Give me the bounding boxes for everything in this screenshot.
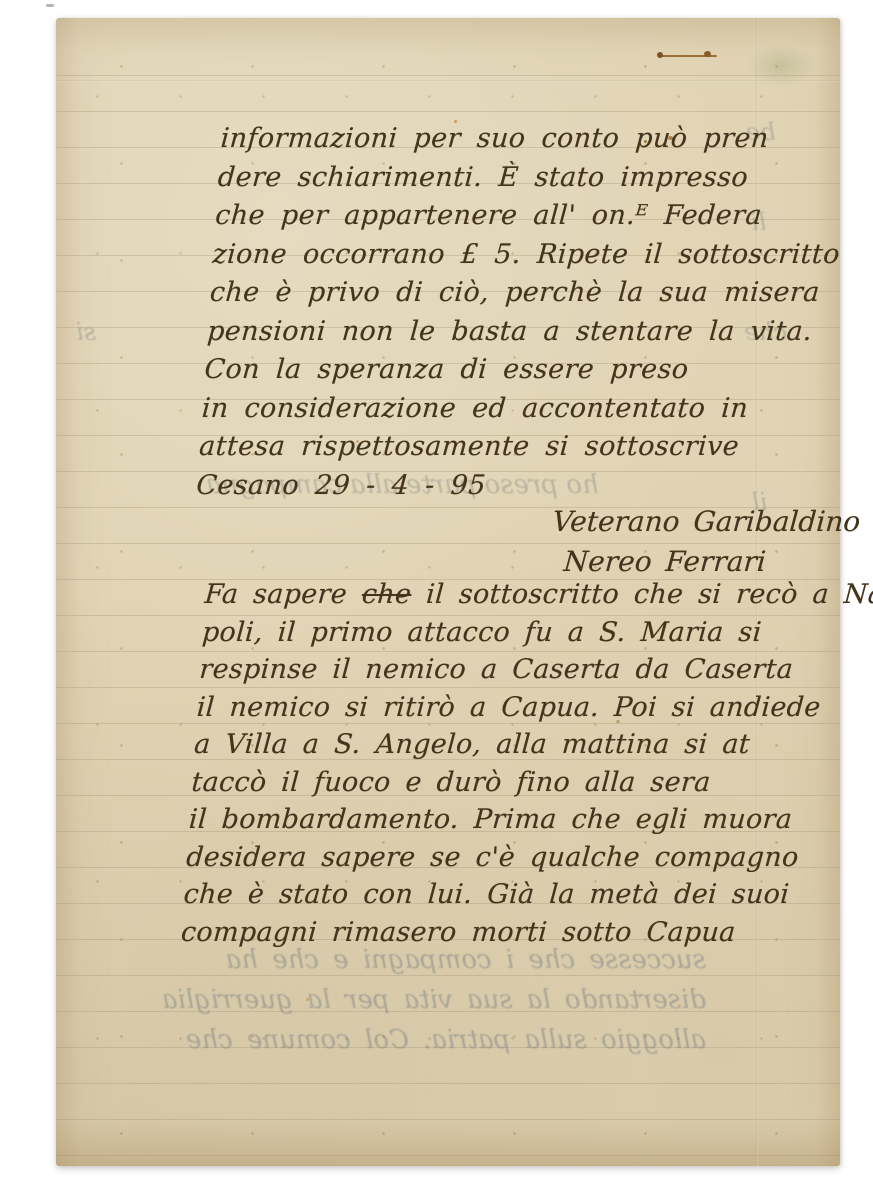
line-segment: che è stato con lui. Già la metà dei suo… <box>183 879 791 910</box>
bleedthrough-fragment: si <box>76 318 96 346</box>
letter-line: Fa sapere che il sottoscritto che si rec… <box>203 576 826 614</box>
line-segment: Cesano 29 - 4 - 95 <box>195 470 487 501</box>
letter-line: taccò il fuoco e durò fino alla sera <box>190 764 813 802</box>
letter-line: informazioni per suo conto può pren <box>219 120 822 159</box>
line-segment: zione occorrano £ 5. Ripete il sottoscri… <box>212 239 841 270</box>
line-segment: il sottoscritto che si recò a Na <box>410 579 873 610</box>
scan-artifact-speck <box>46 4 54 7</box>
line-segment: informazioni per suo conto può pren <box>220 123 770 154</box>
foxing-speck <box>306 998 309 1001</box>
letter-line: che per appartenere all' on.ᴱ Federa <box>214 197 817 236</box>
letter-line: desidera sapere se c'è qualche compagno <box>185 839 808 877</box>
letter-line: zione occorrano £ 5. Ripete il sottoscri… <box>211 236 814 275</box>
line-segment: respinse il nemico a Caserta da Caserta <box>198 654 794 685</box>
struck-word: che <box>361 579 413 610</box>
letter-line: in considerazione ed accontentato in <box>200 390 803 429</box>
line-segment: Fa sapere <box>204 579 363 610</box>
letter-line: disertando la sua vita per la guerriglia <box>166 980 706 1020</box>
discoloration-blotch <box>746 44 816 88</box>
scan-background: successe che i compagni e che hadisertan… <box>0 0 873 1200</box>
line-segment: dere schiarimenti. È stato impresso <box>217 162 749 193</box>
verso-bleedthrough-text: successe che i compagni e che hadisertan… <box>166 940 706 1060</box>
line-segment: a Villa a S. Angelo, alla mattina si at <box>193 729 751 760</box>
line-segment: il nemico si ritirò a Capua. Poi si andi… <box>196 692 822 723</box>
letter-line: respinse il nemico a Caserta da Caserta <box>198 651 821 689</box>
rust-stain-dot <box>704 51 711 57</box>
signature-block: Veterano Garibaldino Nereo Ferrari <box>548 502 861 582</box>
letter-line: attesa rispettosamente si sottoscrive <box>198 428 801 467</box>
signature-title: Veterano Garibaldino <box>551 502 861 542</box>
line-segment: attesa rispettosamente si sottoscrive <box>198 431 740 462</box>
paragraph-1: informazioni per suo conto può prendere … <box>195 120 822 505</box>
rust-stain-dot <box>657 52 663 58</box>
line-segment: che per appartenere all' on.ᴱ Federa <box>214 200 763 231</box>
letter-line: che è stato con lui. Già la metà dei suo… <box>182 876 805 914</box>
line-segment: il bombardamento. Prima che egli muora <box>188 804 793 835</box>
letter-line: dere schiarimenti. È stato impresso <box>217 159 820 198</box>
line-segment: disertando la sua vita per la guerriglia <box>162 985 706 1015</box>
line-segment: taccò il fuoco e durò fino alla sera <box>191 767 712 798</box>
line-segment: alloggio sulla patria. Col comune che <box>186 1025 706 1055</box>
line-segment: poli, il primo attacco fu a S. Maria si <box>201 617 763 648</box>
letter-line: Cesano 29 - 4 - 95 <box>195 467 798 506</box>
line-segment: che è privo di ciò, perchè la sua misera <box>209 277 821 308</box>
letter-line: Con la speranza di essere preso <box>203 351 806 390</box>
line-segment: desidera sapere se c'è qualche compagno <box>185 842 799 873</box>
letter-line: che è privo di ciò, perchè la sua misera <box>209 274 812 313</box>
line-segment: in considerazione ed accontentato in <box>201 393 749 424</box>
letter-line: il bombardamento. Prima che egli muora <box>188 801 811 839</box>
paragraph-2: Fa sapere che il sottoscritto che si rec… <box>180 576 826 951</box>
letter-line: pensioni non le basta a stentare la vita… <box>206 313 809 352</box>
letter-line: poli, il primo attacco fu a S. Maria si <box>201 614 824 652</box>
letter-page: successe che i compagni e che hadisertan… <box>56 18 840 1166</box>
letter-line: alloggio sulla patria. Col comune che <box>166 1020 706 1060</box>
line-segment: compagni rimasero morti sotto Capua <box>180 917 737 948</box>
letter-line: compagni rimasero morti sotto Capua <box>180 914 803 952</box>
letter-line: a Villa a S. Angelo, alla mattina si at <box>193 726 816 764</box>
line-segment: Con la speranza di essere preso <box>203 354 689 385</box>
letter-line: il nemico si ritirò a Capua. Poi si andi… <box>196 689 819 727</box>
fold-crease-horizontal <box>56 80 840 82</box>
line-segment: pensioni non le basta a stentare la vita… <box>206 316 813 347</box>
